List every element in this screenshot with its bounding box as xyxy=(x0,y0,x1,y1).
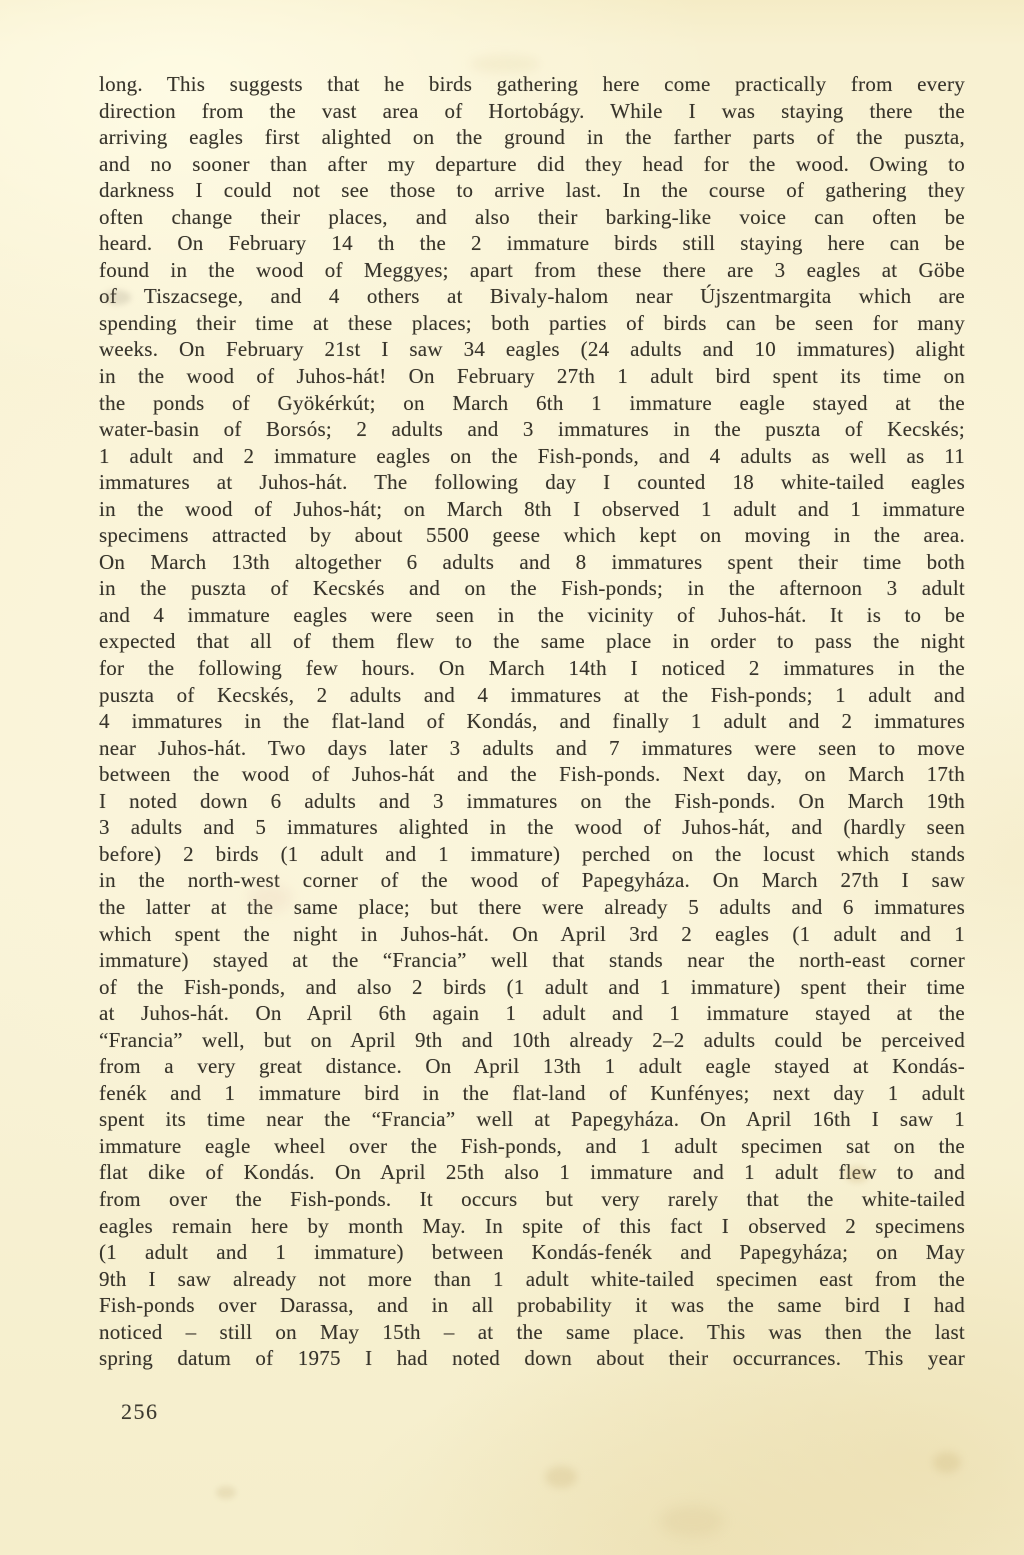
book-page: long. This suggests that he birds gather… xyxy=(0,0,1024,1555)
text-line: 4 immatures in the flat-land of Kondás, … xyxy=(99,708,965,735)
text-line: spent its time near the “Francia” well a… xyxy=(99,1106,965,1133)
text-line: spring datum of 1975 I had noted down ab… xyxy=(99,1345,965,1372)
text-line: and no sooner than after my departure di… xyxy=(99,151,965,178)
text-line: 1 adult and 2 immature eagles on the Fis… xyxy=(99,443,965,470)
text-line: heard. On February 14 th the 2 immature … xyxy=(99,230,965,257)
text-line: eagles remain here by month May. In spit… xyxy=(99,1213,965,1240)
text-line: puszta of Kecskés, 2 adults and 4 immatu… xyxy=(99,682,965,709)
text-line: long. This suggests that he birds gather… xyxy=(99,71,965,98)
text-line: of Tiszacsege, and 4 others at Bivaly-ha… xyxy=(99,283,965,310)
text-line: weeks. On February 21st I saw 34 eagles … xyxy=(99,336,965,363)
text-line: specimens attracted by about 5500 geese … xyxy=(99,522,965,549)
text-line: “Francia” well, but on April 9th and 10t… xyxy=(99,1027,965,1054)
text-line: expected that all of them flew to the sa… xyxy=(99,628,965,655)
text-line: fenék and 1 immature bird in the flat-la… xyxy=(99,1080,965,1107)
text-line: direction from the vast area of Hortobág… xyxy=(99,98,965,125)
text-line: from over the Fish-ponds. It occurs but … xyxy=(99,1186,965,1213)
text-line: 9th I saw already not more than 1 adult … xyxy=(99,1266,965,1293)
paper-stain xyxy=(933,1452,961,1473)
text-line: from a very great distance. On April 13t… xyxy=(99,1053,965,1080)
text-line: for the following few hours. On March 14… xyxy=(99,655,965,682)
text-line: near Juhos-hát. Two days later 3 adults … xyxy=(99,735,965,762)
text-line: Fish-ponds over Darassa, and in all prob… xyxy=(99,1292,965,1319)
text-line: between the wood of Juhos-hát and the Fi… xyxy=(99,761,965,788)
text-line: and 4 immature eagles were seen in the v… xyxy=(99,602,965,629)
text-line: 3 adults and 5 immatures alighted in the… xyxy=(99,814,965,841)
text-line: flat dike of Kondás. On April 25th also … xyxy=(99,1159,965,1186)
text-line: immatures at Juhos-hát. The following da… xyxy=(99,469,965,496)
text-line: of the Fish-ponds, and also 2 birds (1 a… xyxy=(99,974,965,1001)
text-line: in the wood of Juhos-hát; on March 8th I… xyxy=(99,496,965,523)
text-line: often change their places, and also thei… xyxy=(99,204,965,231)
text-line: immature eagle wheel over the Fish-ponds… xyxy=(99,1133,965,1160)
text-line: I noted down 6 adults and 3 immatures on… xyxy=(99,788,965,815)
text-line: the latter at the same place; but there … xyxy=(99,894,965,921)
text-line: the ponds of Gyökérkút; on March 6th 1 i… xyxy=(99,390,965,417)
text-line: (1 adult and 1 immature) between Kondás-… xyxy=(99,1239,965,1266)
text-line: before) 2 birds (1 adult and 1 immature)… xyxy=(99,841,965,868)
text-line: at Juhos-hát. On April 6th again 1 adult… xyxy=(99,1000,965,1027)
text-line: found in the wood of Meggyes; apart from… xyxy=(99,257,965,284)
page-number: 256 xyxy=(121,1399,159,1425)
text-line: spending their time at these places; bot… xyxy=(99,310,965,337)
text-line: arriving eagles first alighted on the gr… xyxy=(99,124,965,151)
text-line: noticed – still on May 15th – at the sam… xyxy=(99,1319,965,1346)
text-line: water-basin of Borsós; 2 adults and 3 im… xyxy=(99,416,965,443)
body-text: long. This suggests that he birds gather… xyxy=(99,71,965,1372)
text-line: in the north-west corner of the wood of … xyxy=(99,867,965,894)
paper-stain xyxy=(660,1505,724,1537)
paper-stain xyxy=(216,1486,236,1499)
text-line: On March 13th altogether 6 adults and 8 … xyxy=(99,549,965,576)
text-line: in the puszta of Kecskés and on the Fish… xyxy=(99,575,965,602)
text-line: which spent the night in Juhos-hát. On A… xyxy=(99,921,965,948)
text-line: darkness I could not see those to arrive… xyxy=(99,177,965,204)
text-line: immature) stayed at the “Francia” well t… xyxy=(99,947,965,974)
text-line: in the wood of Juhos-hát! On February 27… xyxy=(99,363,965,390)
paper-stain xyxy=(545,1466,577,1488)
